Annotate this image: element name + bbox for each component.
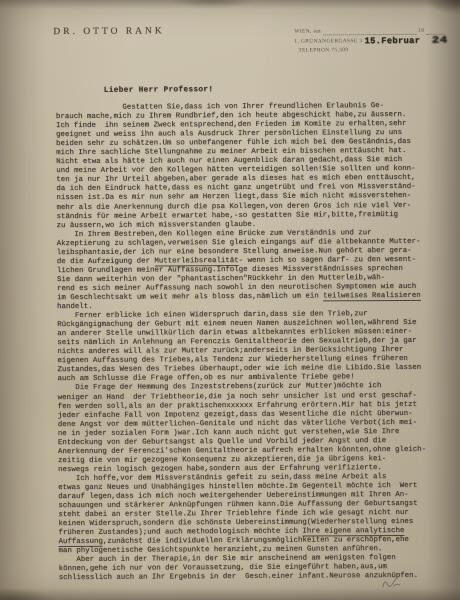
salutation: Lieber Herr Professor!: [104, 86, 214, 95]
letterhead-right: WIEN, am 19 1. GRÜNANGERGASSE 3 15.Febru…: [294, 28, 446, 55]
letter-photo: DR. OTTO RANK WIEN, am 19 1. GRÜNANGERGA…: [0, 0, 460, 600]
address-line: 1. GRÜNANGERGASSE 3 15.Februar 24: [294, 36, 446, 48]
year-prefix: 19: [418, 28, 424, 35]
address-text: 1. GRÜNANGERGASSE 3: [294, 38, 362, 45]
sender-name: DR. OTTO RANK: [53, 26, 164, 37]
phone-line: TELEPHON 75.509: [298, 47, 446, 55]
typed-year: 24: [432, 38, 448, 45]
dotted-leader: [426, 30, 444, 35]
wien-date-line: WIEN, am 19: [294, 28, 446, 36]
dotted-leader: [323, 30, 416, 36]
city-label: WIEN, am: [294, 28, 321, 35]
letter-body: Gestatten Sie,dass ich von Ihrer freundl…: [56, 102, 455, 584]
letter-content: DR. OTTO RANK WIEN, am 19 1. GRÜNANGERGA…: [0, 0, 460, 600]
typed-date: 15.Februar: [364, 38, 420, 45]
pencil-mark: [380, 574, 404, 592]
